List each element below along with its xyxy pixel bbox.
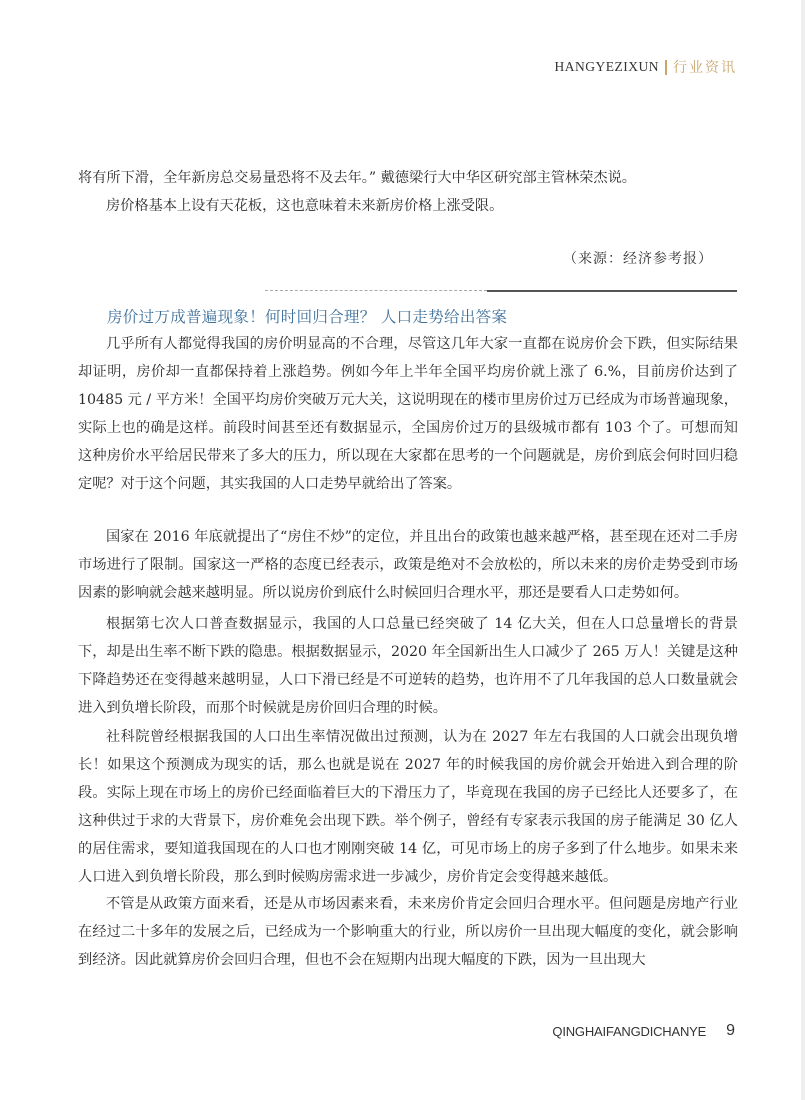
prev-article-paragraph: 房价格基本上设有天花板，这也意味着未来新房价格上涨受限。 [78,192,738,220]
article-paragraph: 根据第七次人口普查数据显示，我国的人口总量已经突破了 14 亿大关，但在人口总量… [78,610,738,722]
article-divider [265,290,737,292]
article-paragraph: 国家在 2016 年底就提出了“房住不炒”的定位，并且出台的政策也越来越严格，甚… [78,523,738,607]
article-paragraph: 不管是从政策方面来看，还是从市场因素来看，未来房价肯定会回归合理水平。但问题是房… [78,890,738,974]
prev-article-paragraph: 将有所下滑，全年新房总交易量恐将不及去年。” 戴德梁行大中华区研究部主管林荣杰说… [78,164,738,192]
section-header: HANGYEZIXUN 行业资讯 [555,57,737,77]
divider-solid [487,290,737,292]
article-paragraph: 几乎所有人都觉得我国的房价明显高的不合理，尽管这几年大家一直都在说房价会下跌，但… [78,330,738,498]
divider-dashed [265,290,487,292]
header-divider [665,60,667,75]
section-name-en: HANGYEZIXUN [555,59,659,75]
page-footer: QINGHAIFANGDICHANYE 9 [552,1022,735,1040]
article-source: （来源：经济参考报） [563,248,713,268]
section-name-cn: 行业资讯 [673,57,737,77]
article-headline: 房价过万成普遍现象！何时回归合理？ 人口走势给出答案 [107,305,507,327]
magazine-name: QINGHAIFANGDICHANYE [552,1024,706,1039]
article-paragraph: 社科院曾经根据我国的人口出生率情况做出过预测，认为在 2027 年左右我国的人口… [78,723,738,891]
page-edge [801,0,805,1100]
page-number: 9 [726,1022,735,1040]
